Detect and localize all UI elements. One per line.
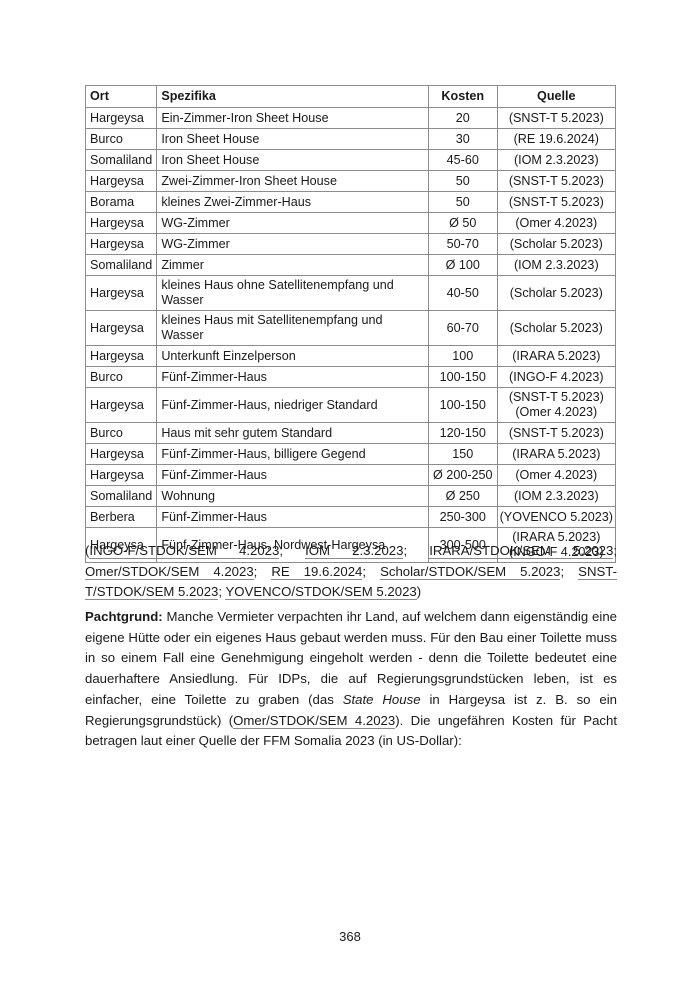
cell-quelle: (YOVENCO 5.2023)	[497, 507, 615, 528]
cell-kosten: Ø 250	[428, 486, 497, 507]
cell-spezifika: Iron Sheet House	[157, 150, 429, 171]
cell-ort: Hargeysa	[86, 311, 157, 346]
cell-ort: Berbera	[86, 507, 157, 528]
header-quelle: Quelle	[497, 86, 615, 108]
source-ref: (RE 19.6.2024)	[500, 132, 613, 147]
cell-kosten: 60-70	[428, 311, 497, 346]
cell-spezifika: Fünf-Zimmer-Haus	[157, 465, 429, 486]
pachtgrund-paragraph: Pachtgrund: Manche Vermieter verpachten …	[85, 607, 617, 752]
cell-quelle: (SNST-T 5.2023)	[497, 192, 615, 213]
cell-ort: Burco	[86, 367, 157, 388]
source-ref: (SNST-T 5.2023)	[500, 195, 613, 210]
table-row: HargeysaFünf-Zimmer-HausØ 200-250(Omer 4…	[86, 465, 616, 486]
table-header-row: Ort Spezifika Kosten Quelle	[86, 86, 616, 108]
source-link[interactable]: IRARA/STDOK/SEM 5.2023	[429, 543, 613, 559]
cell-ort: Somaliland	[86, 486, 157, 507]
cell-spezifika: Fünf-Zimmer-Haus	[157, 367, 429, 388]
cell-quelle: (IOM 2.3.2023)	[497, 255, 615, 276]
source-ref: (IOM 2.3.2023)	[500, 153, 613, 168]
cell-quelle: (SNST-T 5.2023)	[497, 108, 615, 129]
cell-ort: Hargeysa	[86, 276, 157, 311]
table-row: HargeysaFünf-Zimmer-Haus, niedriger Stan…	[86, 388, 616, 423]
header-kosten: Kosten	[428, 86, 497, 108]
cell-quelle: (IOM 2.3.2023)	[497, 150, 615, 171]
cell-ort: Hargeysa	[86, 213, 157, 234]
table-row: HargeysaWG-Zimmer50-70(Scholar 5.2023)	[86, 234, 616, 255]
cell-spezifika: Iron Sheet House	[157, 129, 429, 150]
source-link[interactable]: Omer/STDOK/SEM 4.2023	[85, 564, 254, 580]
cell-kosten: 45-60	[428, 150, 497, 171]
paren-close: )	[417, 584, 421, 599]
cell-spezifika: Fünf-Zimmer-Haus, billigere Gegend	[157, 444, 429, 465]
separator: ;	[362, 564, 380, 579]
cell-kosten: 50-70	[428, 234, 497, 255]
cell-quelle: (SNST-T 5.2023)	[497, 423, 615, 444]
table-row: HargeysaEin-Zimmer-Iron Sheet House20(SN…	[86, 108, 616, 129]
source-link[interactable]: Scholar/STDOK/SEM 5.2023	[380, 564, 560, 580]
cell-quelle: (IRARA 5.2023)	[497, 444, 615, 465]
paragraph-italic: State House	[343, 692, 421, 707]
source-ref: (Omer 4.2023)	[500, 216, 613, 231]
cell-kosten: 150	[428, 444, 497, 465]
separator: ;	[560, 564, 578, 579]
cell-quelle: (Omer 4.2023)	[497, 213, 615, 234]
source-ref: (Scholar 5.2023)	[500, 237, 613, 252]
sources-citation: (INGO-F/STDOK/SEM 4.2023; IOM 2.3.2023; …	[85, 541, 617, 603]
source-ref: (Omer 4.2023)	[500, 405, 613, 420]
table-row: HargeysaZwei-Zimmer-Iron Sheet House50(S…	[86, 171, 616, 192]
source-link[interactable]: IOM 2.3.2023	[305, 543, 403, 559]
separator: ;	[613, 543, 617, 558]
cell-kosten: 100	[428, 346, 497, 367]
cell-spezifika: WG-Zimmer	[157, 213, 429, 234]
cell-ort: Hargeysa	[86, 234, 157, 255]
cell-quelle: (Scholar 5.2023)	[497, 276, 615, 311]
cell-ort: Burco	[86, 423, 157, 444]
source-link[interactable]: Omer/STDOK/SEM 4.2023	[233, 713, 395, 729]
source-link[interactable]: RE 19.6.2024	[271, 564, 362, 580]
cell-ort: Hargeysa	[86, 346, 157, 367]
cell-kosten: 120-150	[428, 423, 497, 444]
cell-spezifika: Fünf-Zimmer-Haus	[157, 507, 429, 528]
cell-quelle: (IRARA 5.2023)	[497, 346, 615, 367]
cell-quelle: (SNST-T 5.2023)	[497, 171, 615, 192]
housing-costs-table: Ort Spezifika Kosten Quelle HargeysaEin-…	[85, 85, 616, 563]
cell-spezifika: Haus mit sehr gutem Standard	[157, 423, 429, 444]
header-spezifika: Spezifika	[157, 86, 429, 108]
cell-kosten: 50	[428, 192, 497, 213]
table-row: BurcoFünf-Zimmer-Haus100-150(INGO-F 4.20…	[86, 367, 616, 388]
cell-kosten: Ø 100	[428, 255, 497, 276]
table-row: Hargeysakleines Haus ohne Satellitenempf…	[86, 276, 616, 311]
cell-quelle: (INGO-F 4.2023)	[497, 367, 615, 388]
cell-kosten: 100-150	[428, 388, 497, 423]
table-row: HargeysaFünf-Zimmer-Haus, billigere Gege…	[86, 444, 616, 465]
cell-spezifika: kleines Haus mit Satellitenempfang und W…	[157, 311, 429, 346]
cell-spezifika: Zimmer	[157, 255, 429, 276]
source-ref: (Scholar 5.2023)	[500, 286, 613, 301]
table-row: HargeysaUnterkunft Einzelperson100(IRARA…	[86, 346, 616, 367]
table-row: BurcoHaus mit sehr gutem Standard120-150…	[86, 423, 616, 444]
source-ref: (Omer 4.2023)	[500, 468, 613, 483]
separator: ;	[279, 543, 305, 558]
cell-quelle: (SNST-T 5.2023)(Omer 4.2023)	[497, 388, 615, 423]
source-ref: (Scholar 5.2023)	[500, 321, 613, 336]
cell-kosten: Ø 200-250	[428, 465, 497, 486]
cell-ort: Borama	[86, 192, 157, 213]
source-ref: (IOM 2.3.2023)	[500, 489, 613, 504]
cell-kosten: 250-300	[428, 507, 497, 528]
source-ref: (SNST-T 5.2023)	[500, 426, 613, 441]
separator: ;	[403, 543, 429, 558]
source-ref: (IRARA 5.2023)	[500, 349, 613, 364]
cell-spezifika: Ein-Zimmer-Iron Sheet House	[157, 108, 429, 129]
source-link[interactable]: INGO-F/STDOK/SEM 4.2023	[89, 543, 279, 559]
table-body: HargeysaEin-Zimmer-Iron Sheet House20(SN…	[86, 108, 616, 563]
cell-kosten: 40-50	[428, 276, 497, 311]
cell-quelle: (Scholar 5.2023)	[497, 234, 615, 255]
cell-ort: Hargeysa	[86, 444, 157, 465]
paragraph-lead: Pachtgrund:	[85, 609, 163, 624]
table-row: SomalilandWohnungØ 250(IOM 2.3.2023)	[86, 486, 616, 507]
cell-ort: Somaliland	[86, 255, 157, 276]
source-ref: (SNST-T 5.2023)	[500, 174, 613, 189]
header-ort: Ort	[86, 86, 157, 108]
cell-ort: Somaliland	[86, 150, 157, 171]
source-ref: (IOM 2.3.2023)	[500, 258, 613, 273]
source-ref: (YOVENCO 5.2023)	[500, 510, 613, 525]
cell-ort: Hargeysa	[86, 171, 157, 192]
cell-quelle: (RE 19.6.2024)	[497, 129, 615, 150]
table-row: BurcoIron Sheet House30(RE 19.6.2024)	[86, 129, 616, 150]
cell-ort: Burco	[86, 129, 157, 150]
cell-quelle: (Omer 4.2023)	[497, 465, 615, 486]
table-row: Hargeysakleines Haus mit Satellitenempfa…	[86, 311, 616, 346]
cell-ort: Hargeysa	[86, 108, 157, 129]
source-ref: (INGO-F 4.2023)	[500, 370, 613, 385]
cell-spezifika: WG-Zimmer	[157, 234, 429, 255]
cell-quelle: (Scholar 5.2023)	[497, 311, 615, 346]
separator: ;	[254, 564, 272, 579]
table-row: BerberaFünf-Zimmer-Haus250-300(YOVENCO 5…	[86, 507, 616, 528]
source-ref: (IRARA 5.2023)	[500, 447, 613, 462]
cell-kosten: 30	[428, 129, 497, 150]
source-ref: (SNST-T 5.2023)	[500, 111, 613, 126]
cell-ort: Hargeysa	[86, 388, 157, 423]
cell-quelle: (IOM 2.3.2023)	[497, 486, 615, 507]
cell-spezifika: Zwei-Zimmer-Iron Sheet House	[157, 171, 429, 192]
page-number: 368	[0, 929, 700, 944]
cell-spezifika: Unterkunft Einzelperson	[157, 346, 429, 367]
cell-kosten: 50	[428, 171, 497, 192]
cell-kosten: Ø 50	[428, 213, 497, 234]
source-link[interactable]: YOVENCO/STDOK/SEM 5.2023	[225, 584, 416, 600]
cell-spezifika: Wohnung	[157, 486, 429, 507]
source-ref: (SNST-T 5.2023)	[500, 390, 613, 405]
table-row: SomalilandIron Sheet House45-60(IOM 2.3.…	[86, 150, 616, 171]
cell-spezifika: Fünf-Zimmer-Haus, niedriger Standard	[157, 388, 429, 423]
cell-ort: Hargeysa	[86, 465, 157, 486]
table-row: HargeysaWG-ZimmerØ 50(Omer 4.2023)	[86, 213, 616, 234]
cell-kosten: 100-150	[428, 367, 497, 388]
table-row: Boramakleines Zwei-Zimmer-Haus50(SNST-T …	[86, 192, 616, 213]
cell-spezifika: kleines Zwei-Zimmer-Haus	[157, 192, 429, 213]
document-page: Ort Spezifika Kosten Quelle HargeysaEin-…	[0, 0, 700, 990]
cell-spezifika: kleines Haus ohne Satellitenempfang und …	[157, 276, 429, 311]
cell-kosten: 20	[428, 108, 497, 129]
table-row: SomalilandZimmerØ 100(IOM 2.3.2023)	[86, 255, 616, 276]
